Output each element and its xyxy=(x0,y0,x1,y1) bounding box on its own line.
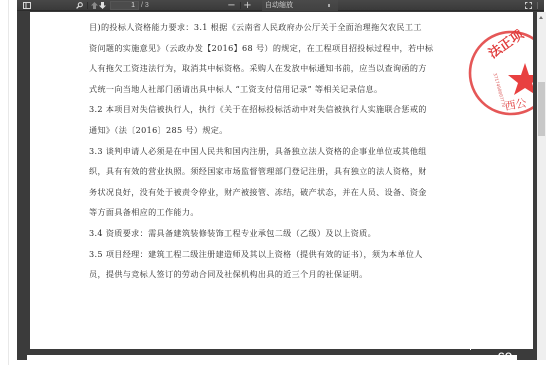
scroll-up-icon[interactable] xyxy=(539,16,543,19)
scrollbar-thumb[interactable] xyxy=(538,82,545,136)
official-seal-stamp: 法正项 3717490007770 西公 xyxy=(467,29,533,117)
document-line: 3.5 项目经理：建筑工程二级注册建造师及其以上资格（提供有效的证书），须为本单… xyxy=(89,244,419,265)
next-page-button[interactable] xyxy=(97,0,108,11)
document-line: 3.2 本项目对失信被执行人，执行《关于在招标投标活动中对失信被执行人实施联合惩… xyxy=(89,99,419,120)
document-line: 3.3 谈判申请人必须是在中国人民共和国内注册，具备独立法人资格的企事业单位或其… xyxy=(89,141,419,162)
right-edge xyxy=(546,0,553,365)
zoom-level-select[interactable]: 自动缩放 xyxy=(262,0,338,11)
next-pdf-page xyxy=(27,355,517,365)
zoom-out-button[interactable]: − xyxy=(227,0,236,11)
document-line: 织，具有有效的营业执照。须经国家市场监督管理部门登记注册，具有独立的法人资格，财 xyxy=(89,161,419,182)
zoom-level-value: 自动缩放 xyxy=(265,1,293,9)
toolbar-separator xyxy=(240,2,241,9)
toolbar-separator xyxy=(537,2,538,9)
document-line: 目)的投标人资格能力要求：3.1 根据《云南省人民政府办公厅关于全面治理拖欠农民… xyxy=(89,17,419,38)
zoom-in-button[interactable]: + xyxy=(243,0,252,11)
document-line: 务状况良好，没有处于被责令停业，财产被接管、冻结，破产状态，并在人员、设备、资金 xyxy=(89,182,419,203)
sidebar-toggle-button[interactable] xyxy=(22,0,31,11)
fullscreen-icon xyxy=(525,2,532,9)
pdf-toolbar: 1 / 3 − + 自动缩放 xyxy=(17,0,544,11)
page-number-input[interactable]: 1 xyxy=(110,1,139,10)
search-button[interactable] xyxy=(75,0,84,11)
vertical-scrollbar[interactable] xyxy=(537,12,546,360)
arrow-down-icon xyxy=(99,2,106,9)
stamp-top-text: 法正项 xyxy=(486,29,528,62)
watermark-text: CO xyxy=(498,351,513,361)
document-line: 人有拖欠工资违法行为，取消其中标资格。采购人在发放中标通知书前，应当以查询函的方 xyxy=(89,58,419,79)
pdf-viewer: 1 / 3 − + 自动缩放 目)的投标人资格能力要求：3.1 根据《云南省人民… xyxy=(17,0,544,360)
pdf-page: 目)的投标人资格能力要求：3.1 根据《云南省人民政府办公厅关于全面治理拖欠农民… xyxy=(30,12,533,349)
document-line: 员，提供与竞标人签订的劳动合同及社保机构出具的近三个月的社保证明。 xyxy=(89,264,419,285)
document-line: 式统一向当地人社部门函请出具中标人 “工资支付信用记录” 等相关记录信息。 xyxy=(89,79,419,100)
document-line: 3.4 资质要求：需具备建筑装修装饰工程专业承包二级（乙级）及以上资质。 xyxy=(89,223,419,244)
toolbar-separator xyxy=(87,2,88,9)
document-body: 目)的投标人资格能力要求：3.1 根据《云南省人民政府办公厅关于全面治理拖欠农民… xyxy=(89,17,419,285)
chevron-down-icon xyxy=(328,4,330,7)
document-line: 等方面具备相应的工作能力。 xyxy=(89,202,419,223)
search-icon xyxy=(76,2,83,9)
fullscreen-button[interactable] xyxy=(524,0,533,11)
sidebar-toggle-icon xyxy=(23,2,31,9)
text-cursor-icon xyxy=(470,344,471,350)
document-line: 通知》（法〔2016〕285 号）规定。 xyxy=(89,120,419,141)
document-line: 资问题的实施意见》（云政办发【2016】68 号）的规定，在工程项目招投标过程中… xyxy=(89,38,419,59)
page-total-label: / 3 xyxy=(141,0,149,11)
left-gutter xyxy=(0,0,9,365)
